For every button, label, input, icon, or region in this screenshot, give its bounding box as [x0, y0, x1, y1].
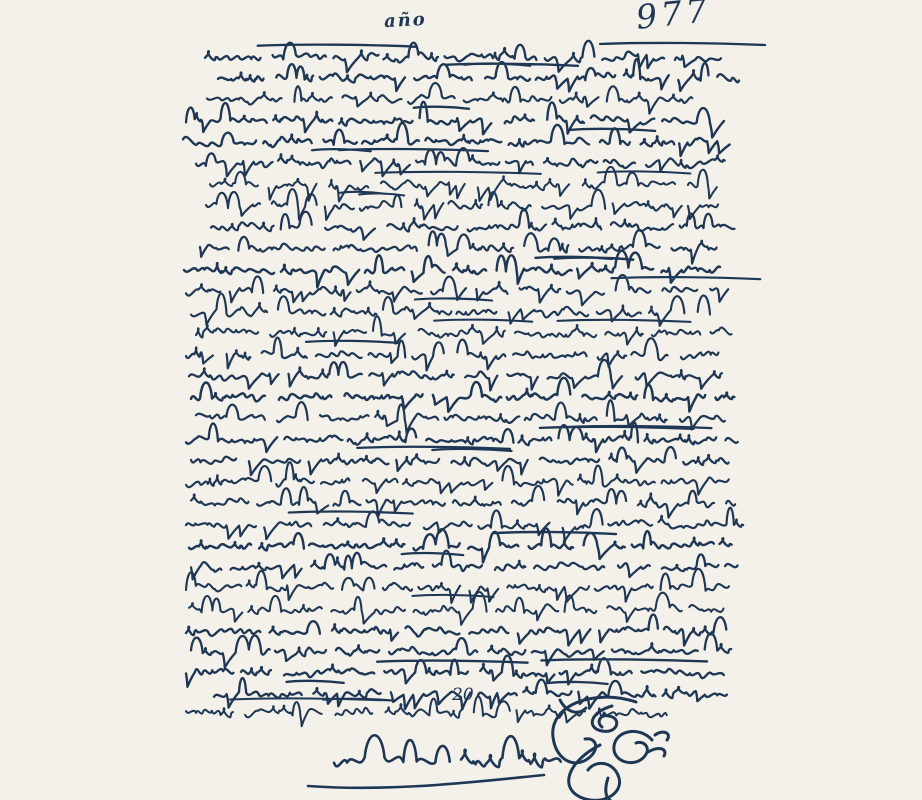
text-line	[186, 656, 724, 687]
rubric-stroke	[614, 731, 652, 762]
text-line	[189, 592, 724, 625]
rubric-stroke	[648, 732, 668, 756]
text-line	[191, 551, 738, 580]
text-line	[191, 294, 710, 326]
text-line	[191, 633, 731, 667]
text-line	[186, 569, 729, 603]
rubric-stroke	[592, 706, 616, 731]
manuscript-page: año 977 20	[0, 0, 922, 800]
text-line	[207, 83, 692, 114]
signature-underline	[308, 775, 544, 788]
text-line	[186, 102, 724, 138]
manuscript-text: 20	[0, 0, 922, 800]
text-line	[189, 360, 722, 391]
text-line	[211, 209, 735, 240]
signature	[334, 735, 561, 767]
text-line	[186, 615, 726, 646]
text-line	[191, 447, 729, 475]
text-line	[186, 508, 743, 541]
inline-number: 20	[451, 685, 474, 705]
text-line	[183, 123, 730, 156]
text-line	[210, 167, 717, 202]
text-line	[186, 462, 729, 496]
text-line	[184, 251, 720, 288]
text-line	[186, 338, 718, 371]
text-line	[191, 486, 735, 518]
